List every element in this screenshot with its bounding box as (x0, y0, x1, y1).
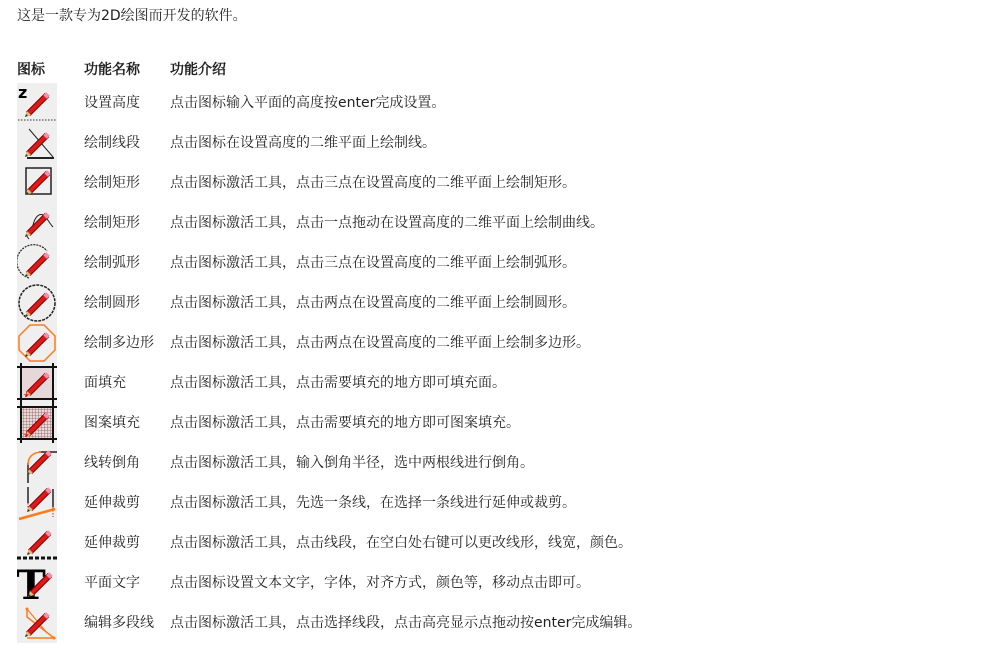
svg-text:+: + (23, 390, 30, 399)
table-row: 绘制矩形 点击图标激活工具，点击三点在设置高度的二维平面上绘制矩形。 (0, 163, 1000, 203)
feature-name: 绘制多边形 (84, 333, 154, 353)
feature-desc: 点击图标设置文本文字，字体，对齐方式，颜色等，移动点击即可。 (170, 573, 590, 593)
draw-arc-icon[interactable] (17, 243, 57, 283)
table-row: 绘制多边形 点击图标激活工具，点击两点在设置高度的二维平面上绘制多边形。 (0, 323, 1000, 363)
extend-trim-icon[interactable] (17, 483, 57, 523)
svg-text:+: + (23, 430, 30, 439)
draw-curve-icon[interactable] (17, 203, 57, 243)
feature-name: 绘制弧形 (84, 253, 140, 273)
table-row: 绘制线段 点击图标在设置高度的二维平面上绘制线。 (0, 123, 1000, 163)
draw-circle-icon[interactable] (17, 283, 57, 323)
feature-name: 面填充 (84, 373, 126, 393)
feature-name: 绘制线段 (84, 133, 140, 153)
svg-text:z: z (18, 83, 27, 102)
feature-name: 绘制矩形 (84, 213, 140, 233)
feature-desc: 点击图标激活工具，点击两点在设置高度的二维平面上绘制圆形。 (170, 293, 576, 313)
table-row: 延伸裁剪 点击图标激活工具，点击线段，在空白处右键可以更改线形，线宽，颜色。 (0, 523, 1000, 563)
header-icon: 图标 (17, 60, 45, 80)
surface-fill-icon[interactable]: + (17, 363, 57, 403)
table-row: + 图案填充 点击图标激活工具，点击需要填充的地方即可图案填充。 (0, 403, 1000, 443)
intro-text: 这是一款专为2D绘图而开发的软件。 (17, 6, 247, 26)
draw-rectangle-icon[interactable] (17, 163, 57, 203)
table-row: 编辑多段线 点击图标激活工具，点击选择线段，点击高亮显示点拖动按enter完成编… (0, 603, 1000, 643)
table-row: 线转倒角 点击图标激活工具，输入倒角半径，选中两根线进行倒角。 (0, 443, 1000, 483)
header-name: 功能名称 (84, 60, 140, 80)
feature-desc: 点击图标激活工具，点击三点在设置高度的二维平面上绘制矩形。 (170, 173, 576, 193)
feature-desc: 点击图标激活工具，点击选择线段，点击高亮显示点拖动按enter完成编辑。 (170, 613, 641, 633)
feature-desc: 点击图标激活工具，点击线段，在空白处右键可以更改线形，线宽，颜色。 (170, 533, 632, 553)
feature-desc: 点击图标激活工具，点击两点在设置高度的二维平面上绘制多边形。 (170, 333, 590, 353)
table-row: 绘制弧形 点击图标激活工具，点击三点在设置高度的二维平面上绘制弧形。 (0, 243, 1000, 283)
feature-name: 图案填充 (84, 413, 140, 433)
feature-name: 线转倒角 (84, 453, 140, 473)
table-row: + 面填充 点击图标激活工具，点击需要填充的地方即可填充面。 (0, 363, 1000, 403)
pattern-fill-icon[interactable]: + (17, 403, 57, 443)
edit-polyline-icon[interactable] (17, 603, 57, 643)
draw-polygon-icon[interactable] (17, 323, 57, 363)
draw-line-icon[interactable] (17, 123, 57, 163)
table-row: T 平面文字 点击图标设置文本文字，字体，对齐方式，颜色等，移动点击即可。 (0, 563, 1000, 603)
feature-name: 编辑多段线 (84, 613, 154, 633)
header-desc: 功能介绍 (170, 60, 226, 80)
feature-desc: 点击图标激活工具，点击需要填充的地方即可图案填充。 (170, 413, 520, 433)
feature-name: 绘制矩形 (84, 173, 140, 193)
line-style-icon[interactable] (17, 523, 57, 563)
set-height-icon[interactable]: z (17, 83, 57, 123)
fillet-icon[interactable] (17, 443, 57, 483)
feature-desc: 点击图标激活工具，先选一条线，在选择一条线进行延伸或裁剪。 (170, 493, 576, 513)
table-row: 绘制矩形 点击图标激活工具，点击一点拖动在设置高度的二维平面上绘制曲线。 (0, 203, 1000, 243)
feature-desc: 点击图标激活工具，点击一点拖动在设置高度的二维平面上绘制曲线。 (170, 213, 604, 233)
feature-name: 平面文字 (84, 573, 140, 593)
plane-text-icon[interactable]: T (17, 563, 57, 603)
feature-desc: 点击图标激活工具，输入倒角半径，选中两根线进行倒角。 (170, 453, 534, 473)
table-row: 延伸裁剪 点击图标激活工具，先选一条线，在选择一条线进行延伸或裁剪。 (0, 483, 1000, 523)
feature-desc: 点击图标输入平面的高度按enter完成设置。 (170, 93, 445, 113)
feature-name: 延伸裁剪 (84, 533, 140, 553)
feature-name: 绘制圆形 (84, 293, 140, 313)
table-row: 绘制圆形 点击图标激活工具，点击两点在设置高度的二维平面上绘制圆形。 (0, 283, 1000, 323)
table-row: z 设置高度 点击图标输入平面的高度按enter完成设置。 (0, 83, 1000, 123)
feature-name: 设置高度 (84, 93, 140, 113)
feature-name: 延伸裁剪 (84, 493, 140, 513)
feature-desc: 点击图标激活工具，点击三点在设置高度的二维平面上绘制弧形。 (170, 253, 576, 273)
feature-desc: 点击图标激活工具，点击需要填充的地方即可填充面。 (170, 373, 506, 393)
feature-desc: 点击图标在设置高度的二维平面上绘制线。 (170, 133, 436, 153)
